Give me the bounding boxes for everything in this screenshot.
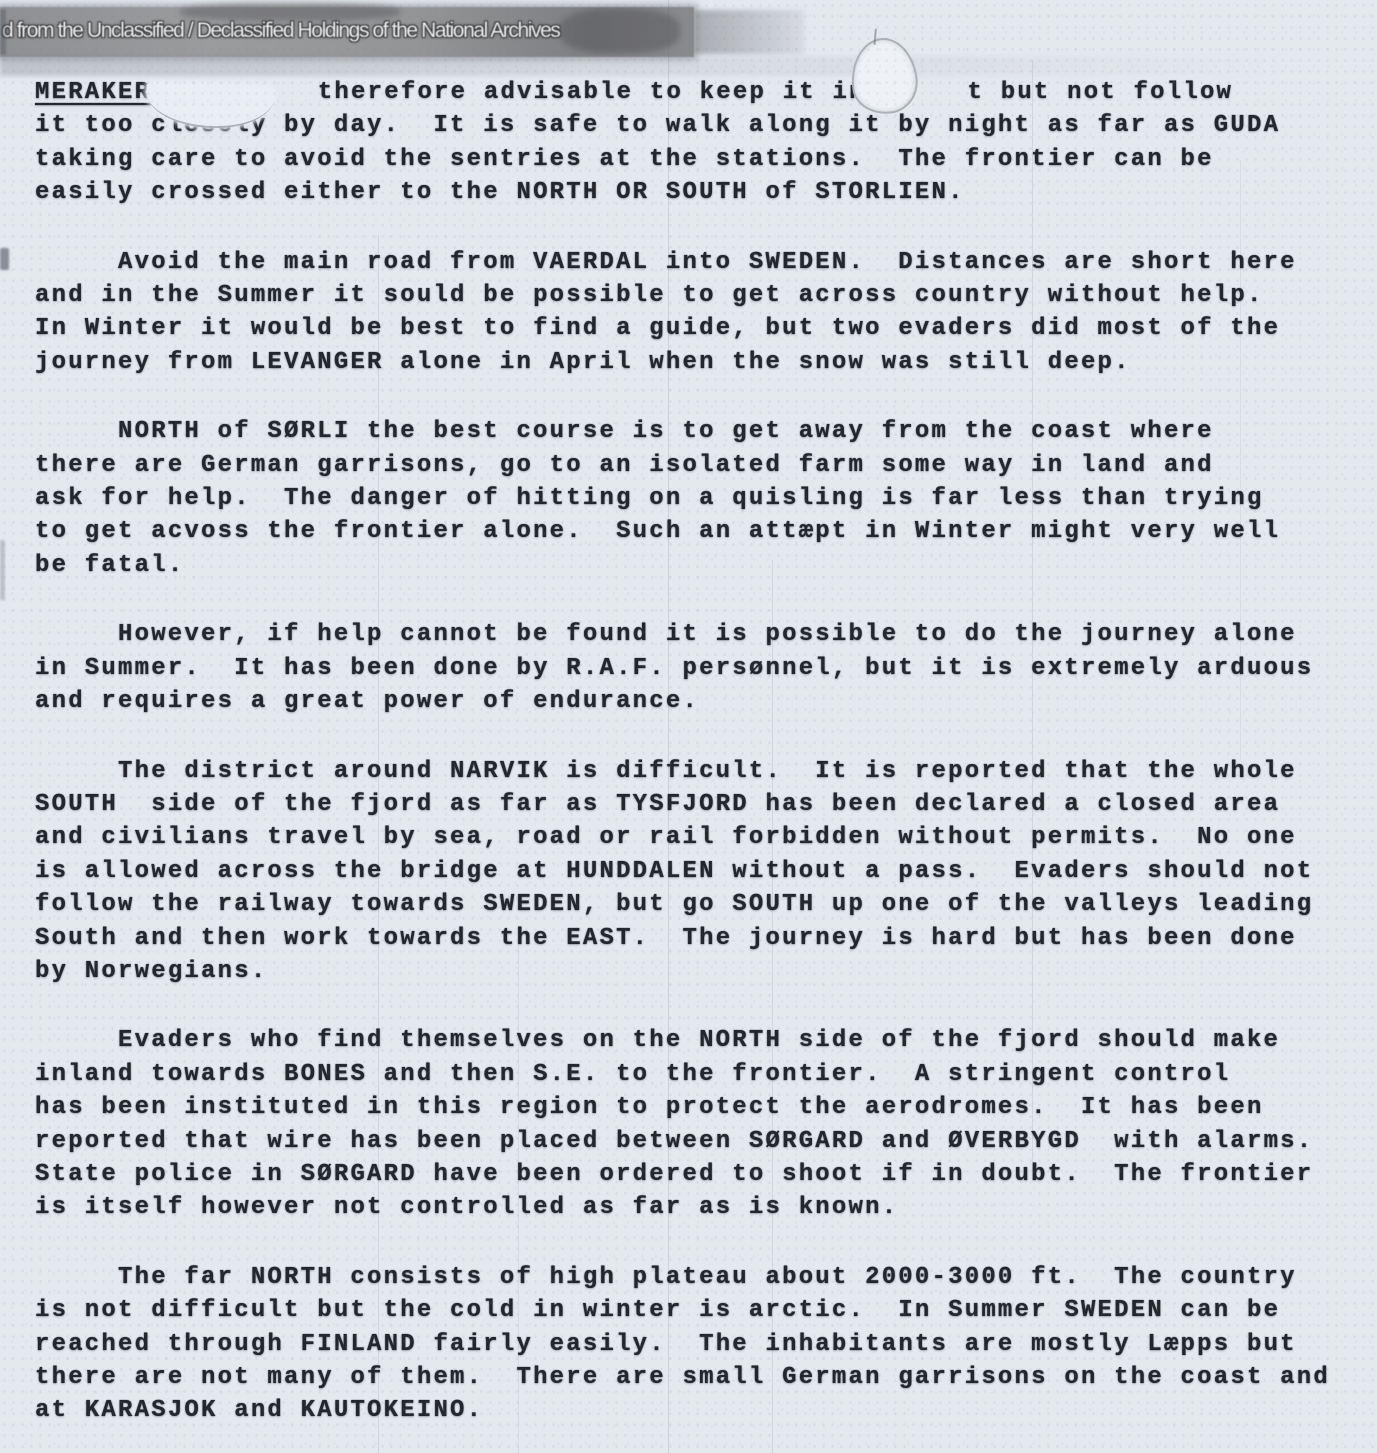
edge-mark [0, 540, 5, 600]
text-line: and requires a great power of endurance. [35, 685, 1365, 718]
text-line: is itself however not controlled as far … [35, 1191, 1365, 1224]
text-line: follow the railway towards SWEDEN, but g… [35, 888, 1365, 921]
text-line: journey from LEVANGER alone in April whe… [35, 346, 1365, 379]
edge-mark [0, 9, 6, 55]
text-line: in Summer. It has been done by R.A.F. pe… [35, 652, 1365, 685]
document-text: MERAKER.therefore advisable to keep it i… [35, 76, 1365, 1428]
archives-banner: d from the Unclassified / Declassified H… [0, 7, 694, 57]
text-line: However, if help cannot be found it is p… [35, 618, 1365, 651]
text-line: reached through FINLAND fairly easily. T… [35, 1328, 1365, 1361]
text-line: taking care to avoid the sentries at the… [35, 143, 1365, 176]
paragraph: The district around NARVIK is difficult.… [35, 755, 1365, 989]
ink-smudge [560, 9, 680, 53]
ink-smudge [694, 10, 804, 54]
document-page: d from the Unclassified / Declassified H… [0, 0, 1377, 1453]
text-line: at KARASJOK and KAUTOKEINO. [35, 1394, 1365, 1427]
text-line: inland towards BONES and then S.E. to th… [35, 1058, 1365, 1091]
text-line: The district around NARVIK is difficult.… [35, 755, 1365, 788]
text-line: has been instituted in this region to pr… [35, 1091, 1365, 1124]
archives-banner-text: d from the Unclassified / Declassified H… [2, 19, 560, 43]
text-line: be fatal. [35, 549, 1365, 582]
paragraph: However, if help cannot be found it is p… [35, 618, 1365, 718]
text-segment: therefore advisable to keep it in si [318, 79, 916, 106]
text-segment: t but not follow [968, 79, 1234, 106]
text-line: is not difficult but the cold in winter … [35, 1294, 1365, 1327]
text-line: there are not many of them. There are sm… [35, 1361, 1365, 1394]
text-line: State police in SØRGARD have been ordere… [35, 1158, 1365, 1191]
paragraph: NORTH of SØRLI the best course is to get… [35, 415, 1365, 582]
paragraph: Avoid the main road from VAERDAL into SW… [35, 246, 1365, 380]
text-line: ask for help. The danger of hitting on a… [35, 482, 1365, 515]
scan-smear [0, 56, 1285, 76]
text-line: easily crossed either to the NORTH OR SO… [35, 176, 1365, 209]
text-line: is allowed across the bridge at HUNDDALE… [35, 855, 1365, 888]
text-line: to get acvoss the frontier alone. Such a… [35, 515, 1365, 548]
text-line: there are German garrisons, go to an iso… [35, 449, 1365, 482]
text-line: reported that wire has been placed betwe… [35, 1125, 1365, 1158]
text-line: and civilians travel by sea, road or rai… [35, 821, 1365, 854]
text-line: The far NORTH consists of high plateau a… [35, 1261, 1365, 1294]
paragraph: Evaders who find themselves on the NORTH… [35, 1024, 1365, 1224]
text-line: and in the Summer it sould be possible t… [35, 279, 1365, 312]
paragraph: The far NORTH consists of high plateau a… [35, 1261, 1365, 1428]
text-line: South and then work towards the EAST. Th… [35, 922, 1365, 955]
text-line: SOUTH side of the fjord as far as TYSFJO… [35, 788, 1365, 821]
text-line: Avoid the main road from VAERDAL into SW… [35, 246, 1365, 279]
edge-mark [0, 248, 9, 270]
text-line: In Winter it would be best to find a gui… [35, 312, 1365, 345]
text-line: by Norwegians. [35, 955, 1365, 988]
text-line: NORTH of SØRLI the best course is to get… [35, 415, 1365, 448]
text-line: Evaders who find themselves on the NORTH… [35, 1024, 1365, 1057]
